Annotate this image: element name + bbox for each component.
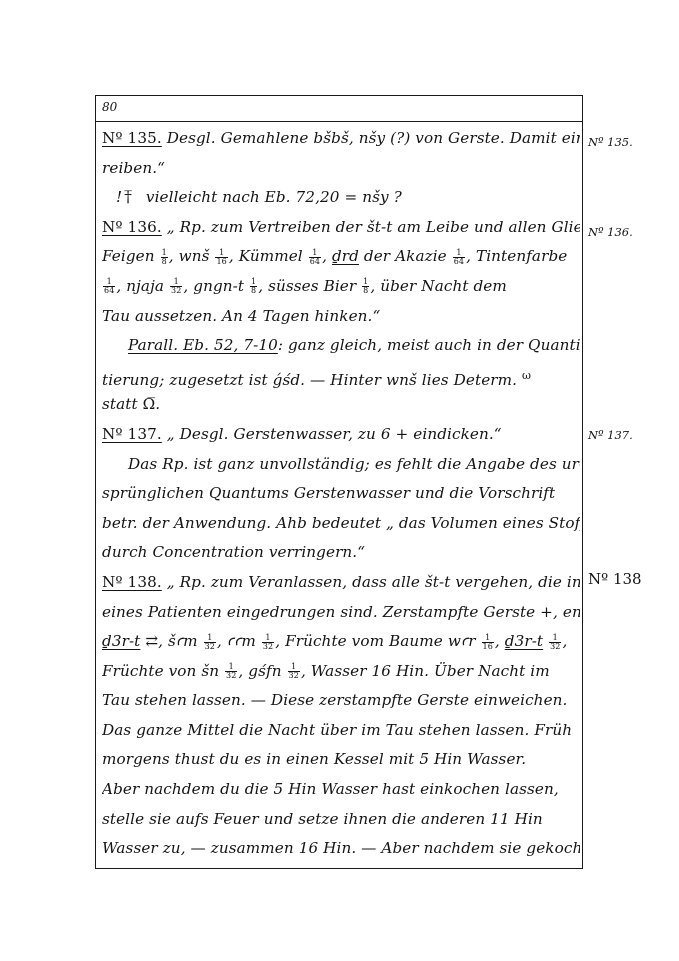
fraction: 18 [250,278,257,295]
manuscript-page-frame: 80 Nº 135. Desgl. Gemahlene bšbš, nšy (?… [95,95,583,869]
margin-note-137: Nº 137. [588,428,633,442]
fraction: 164 [103,278,115,295]
text-line: Tau aussetzen. An 4 Tagen hinken.“ [102,302,580,332]
fraction: 116 [482,634,494,651]
text-line: betr. der Anwendung. Ahb bedeutet „ das … [102,509,580,539]
text-line: !†̅vielleicht nach Eb. 72,20 = nšy ? [102,183,580,213]
text-line: tierung; zugesetzt ist ǵśd. — Hinter wnš… [102,361,580,391]
fraction: 116 [215,249,227,266]
fraction: 132 [170,278,182,295]
text-line: ḏ3r-t ⇄, šꜥm 132, ꜥꜥm 132, Früchte vom B… [102,627,580,657]
entry-number-137: Nº 137. [102,425,162,443]
fraction: 132 [262,634,274,651]
manuscript-body: Nº 135. Desgl. Gemahlene bšbš, nšy (?) v… [102,124,580,864]
hieroglyph-icon: †̅ [124,188,132,206]
exclamation-mark: ! [116,188,122,206]
text-line: reiben.“ [102,154,580,184]
text-line: statt Ω̅. [102,390,580,420]
fraction: 164 [453,249,465,266]
text-line: Nº 137. „ Desgl. Gerstenwasser, zu 6 + e… [102,420,580,450]
text-line: Aber nachdem du die 5 Hin Wasser hast ei… [102,775,580,805]
margin-note-136: Nº 136. [588,225,633,239]
entry-number-135: Nº 135. [102,129,162,147]
text-line: Feigen 18, wnš 116, Kümmel 164, ḏrd der … [102,242,580,272]
text-line: stelle sie aufs Feuer und setze ihnen di… [102,805,580,835]
text-line: Das ganze Mittel die Nacht über im Tau s… [102,716,580,746]
text-line: Das Rp. ist ganz unvollständig; es fehlt… [102,450,580,480]
margin-note-138: Nº 138 [588,570,642,588]
parallel-reference: Parall. Eb. 52, 7-10 [128,336,278,354]
text-line: Wasser zu, — zusammen 16 Hin. — Aber nac… [102,834,580,864]
text-line: 164, njaja 132, gngn-t 18, süsses Bier 1… [102,272,580,302]
fraction: 132 [288,663,300,680]
entry-number-136: Nº 136. [102,218,162,236]
fraction: 132 [549,634,561,651]
determinative-glyph-icon: ω [522,369,531,382]
text-line: durch Concentration verringern.“ [102,538,580,568]
entry-number-138: Nº 138. [102,573,162,591]
page-number: 80 [102,100,117,114]
text-line: eines Patienten eingedrungen sind. Zerst… [102,598,580,628]
fraction: 18 [161,249,168,266]
text-line: Nº 138. „ Rp. zum Veranlassen, dass alle… [102,568,580,598]
margin-note-135: Nº 135. [588,135,633,149]
text-line: sprünglichen Quantums Gerstenwasser und … [102,479,580,509]
fraction: 18 [362,278,369,295]
fraction: 132 [225,663,237,680]
text-line: Tau stehen lassen. — Diese zerstampfte G… [102,686,580,716]
page-header: 80 [96,96,582,122]
text-line: Nº 136. „ Rp. zum Vertreiben der št-t am… [102,213,580,243]
text-line: morgens thust du es in einen Kessel mit … [102,745,580,775]
text-line: Nº 135. Desgl. Gemahlene bšbš, nšy (?) v… [102,124,580,154]
fraction: 132 [204,634,216,651]
determinative-glyph-icon: Ω̅ [143,395,156,413]
text-line: Früchte von šn 132, gśfn 132, Wasser 16 … [102,657,580,687]
text-line: Parall. Eb. 52, 7-10: ganz gleich, meist… [102,331,580,361]
fraction: 164 [309,249,321,266]
